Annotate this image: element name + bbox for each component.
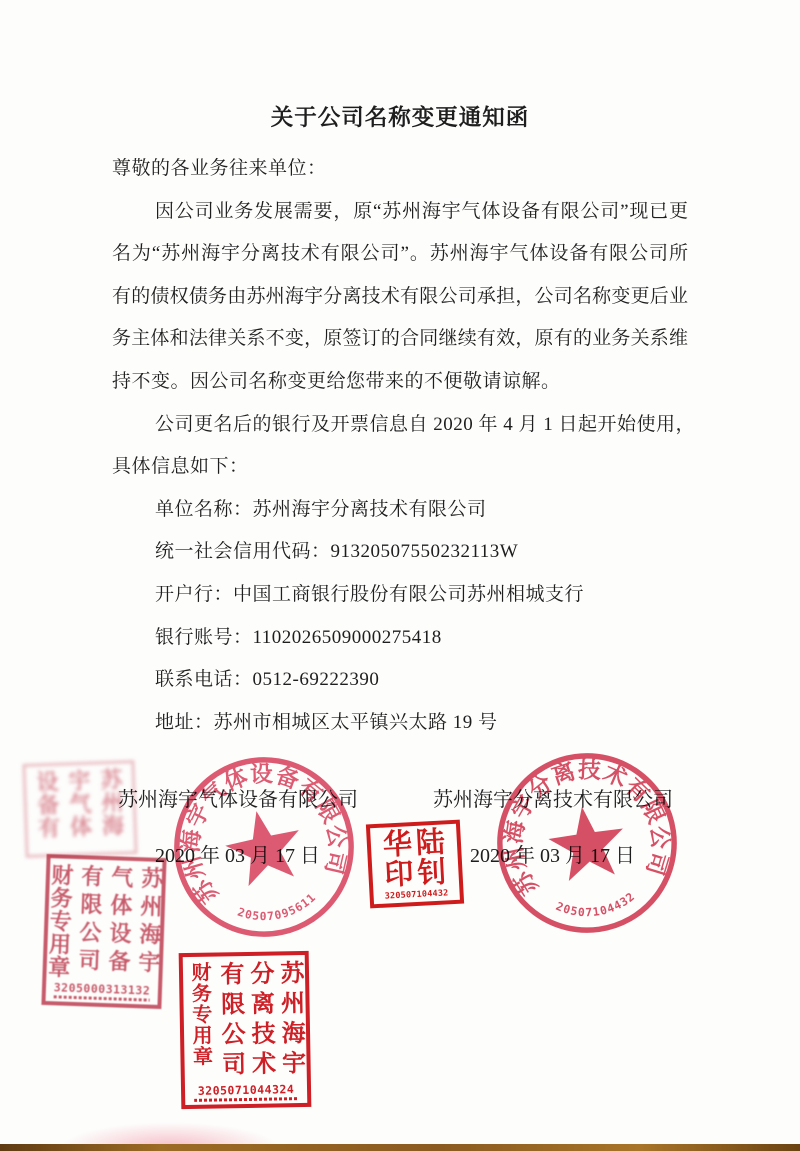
letter-line: 尊敬的各业务往来单位： [112, 148, 688, 191]
letter-line: 务主体和法律关系不变，原签订的合同继续有效，原有的业务关系维 [112, 318, 688, 361]
seal-text-columns: 财务专用章 有限公司 分离技术 苏州海宇 [186, 960, 304, 1082]
letter-line: 持不变。因公司名称变更给您带来的不便敬请谅解。 [112, 361, 688, 404]
personal-name-seal: 华 陆 印 钊 320507104432 [366, 820, 464, 909]
letter-line: 单位名称：苏州海宇分离技术有限公司 [112, 489, 688, 532]
letter-body: 尊敬的各业务往来单位： 因公司业务发展需要，原“苏州海宇气体设备有限公司”现已更… [112, 148, 688, 744]
seal-number: 3205071044324 [198, 1082, 295, 1098]
finance-seal-old-company: 财务专用章 有限公司 气体设备 苏州海宇 3205000313132 [41, 854, 166, 1009]
letter-line: 开户行：中国工商银行股份有限公司苏州相城支行 [112, 574, 688, 617]
name-seal-grid: 华 陆 印 钊 [382, 827, 447, 890]
letter-line: 名为“苏州海宇分离技术有限公司”。苏州海宇气体设备有限公司所 [112, 233, 688, 276]
seal-text-columns: 财务专用章 有限公司 气体设备 苏州海宇 [44, 863, 164, 982]
page-title: 关于公司名称变更通知函 [0, 100, 800, 132]
round-seal-new-company: 苏州海宇分离技术有限公司 3205071044323 [475, 731, 699, 955]
letter-line: 公司更名后的银行及开票信息自 2020 年 4 月 1 日起开始使用， [112, 404, 688, 447]
scanned-letter-page: 关于公司名称变更通知函 尊敬的各业务往来单位： 因公司业务发展需要，原“苏州海宇… [0, 0, 800, 1151]
letter-line: 联系电话：0512-69222390 [112, 659, 688, 702]
letter-line: 地址：苏州市相城区太平镇兴太路 19 号 [112, 702, 688, 745]
letter-line: 有的债权债务由苏州海宇分离技术有限公司承担，公司名称变更后业 [112, 276, 688, 319]
letter-line: 具体信息如下： [112, 446, 688, 489]
letter-line: 银行账号：1102026509000275418 [112, 617, 688, 660]
faded-square-seal: 苏州海宇气体设备有限公司 [22, 760, 137, 858]
seal-bar [194, 1097, 299, 1102]
round-seal-old-company: 苏州海宇气体设备有限公司 3205070956118 [147, 730, 382, 965]
scan-edge-artifact [0, 1144, 800, 1151]
letter-line: 统一社会信用代码：91320507550232113W [112, 531, 688, 574]
star-icon [220, 803, 308, 889]
letter-line: 因公司业务发展需要，原“苏州海宇气体设备有限公司”现已更 [112, 191, 688, 234]
seal-number: 320507104432 [384, 888, 448, 901]
finance-seal-new-company: 财务专用章 有限公司 分离技术 苏州海宇 3205071044324 [179, 951, 312, 1109]
star-icon [545, 801, 629, 882]
